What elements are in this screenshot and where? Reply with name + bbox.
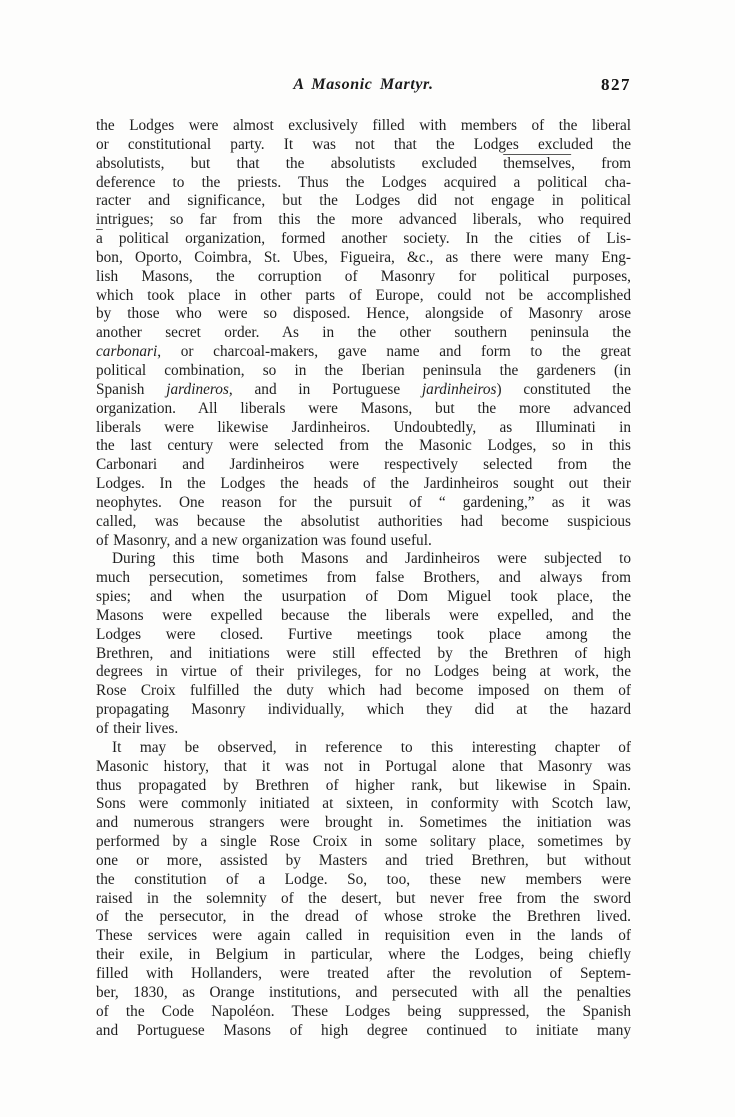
text-line: of the persecutor, in the dread of whose… <box>96 908 631 927</box>
text-line: bon, Oporto, Coimbra, St. Ubes, Figueira… <box>96 249 631 268</box>
text-line: carbonari, or charcoal-makers, gave name… <box>96 343 631 362</box>
text-line: the last century were selected from the … <box>96 437 631 456</box>
text-line: political combination, so in the Iberian… <box>96 362 631 381</box>
text-line: It may be observed, in reference to this… <box>96 739 631 758</box>
text-line: much persecution, sometimes from false B… <box>96 569 631 588</box>
text-line: raised in the solemnity of the desert, b… <box>96 890 631 909</box>
text-line: their exile, in Belgium in particular, w… <box>96 946 631 965</box>
text-line: Masons were expelled because the liberal… <box>96 607 631 626</box>
text-line: the Lodges were almost exclusively fille… <box>96 117 631 136</box>
text-line: neophytes. One reason for the pursuit of… <box>96 494 631 513</box>
paragraph: the Lodges were almost exclusively fille… <box>96 117 631 550</box>
text-line: thus propagated by Brethren of higher ra… <box>96 777 631 796</box>
text-line: by those who were so disposed. Hence, al… <box>96 305 631 324</box>
text-line: Sons were commonly initiated at sixteen,… <box>96 795 631 814</box>
text-line: Lodges. In the Lodges the heads of the J… <box>96 475 631 494</box>
text-line: which took place in other parts of Europ… <box>96 287 631 306</box>
page-body: the Lodges were almost exclusively fille… <box>96 117 631 1040</box>
text-line: and Portuguese Masons of high degree con… <box>96 1022 631 1041</box>
text-line: Spanish jardineros, and in Portuguese ja… <box>96 381 631 400</box>
text-line: During this time both Masons and Jardinh… <box>96 550 631 569</box>
text-line: deference to the priests. Thus the Lodge… <box>96 174 631 193</box>
text-line: liberals were likewise Jardinheiros. Und… <box>96 419 631 438</box>
text-line: another secret order. As in the other so… <box>96 324 631 343</box>
text-line: ber, 1830, as Orange institutions, and p… <box>96 984 631 1003</box>
text-line: of the Code Napoléon. These Lodges being… <box>96 1003 631 1022</box>
paragraph: It may be observed, in reference to this… <box>96 739 631 1041</box>
text-line: filled with Hollanders, were treated aft… <box>96 965 631 984</box>
text-line: spies; and when the usurpation of Dom Mi… <box>96 588 631 607</box>
text-line: or constitutional party. It was not that… <box>96 136 631 155</box>
text-line: Lodges were closed. Furtive meetings too… <box>96 626 631 645</box>
text-line: lish Masons, the corruption of Masonry f… <box>96 268 631 287</box>
running-title: A Masonic Martyr. <box>96 76 631 94</box>
text-line: Brethren, and initiations were still eff… <box>96 645 631 664</box>
text-line: called, was because the absolutist autho… <box>96 513 631 532</box>
text-line: racter and significance, but the Lodges … <box>96 192 631 211</box>
text-line: one or more, assisted by Masters and tri… <box>96 852 631 871</box>
page-header: A Masonic Martyr. 827 <box>96 76 631 96</box>
text-line: propagating Masonry individually, which … <box>96 701 631 720</box>
text-line: organization. All liberals were Masons, … <box>96 400 631 419</box>
text-line: intrigues; so far from this the more adv… <box>96 211 631 230</box>
paragraph: During this time both Masons and Jardinh… <box>96 550 631 738</box>
text-line: Rose Croix fulfilled the duty which had … <box>96 682 631 701</box>
text-line: Carbonari and Jardinheiros were respecti… <box>96 456 631 475</box>
page-number: 827 <box>601 75 631 95</box>
text-line: of their lives. <box>96 720 631 739</box>
text-line: a political organization, formed another… <box>96 230 631 249</box>
text-line: absolutists, but that the absolutists ex… <box>96 155 631 174</box>
text-line: degrees in virtue of their privileges, f… <box>96 663 631 682</box>
scanned-book-page: A Masonic Martyr. 827 the Lodges were al… <box>0 0 735 1117</box>
text-line: and numerous strangers were brought in. … <box>96 814 631 833</box>
text-line: Masonic history, that it was not in Port… <box>96 758 631 777</box>
text-line: These services were again called in requ… <box>96 927 631 946</box>
text-line: of Masonry, and a new organization was f… <box>96 532 631 551</box>
text-line: the constitution of a Lodge. So, too, th… <box>96 871 631 890</box>
text-line: performed by a single Rose Croix in some… <box>96 833 631 852</box>
